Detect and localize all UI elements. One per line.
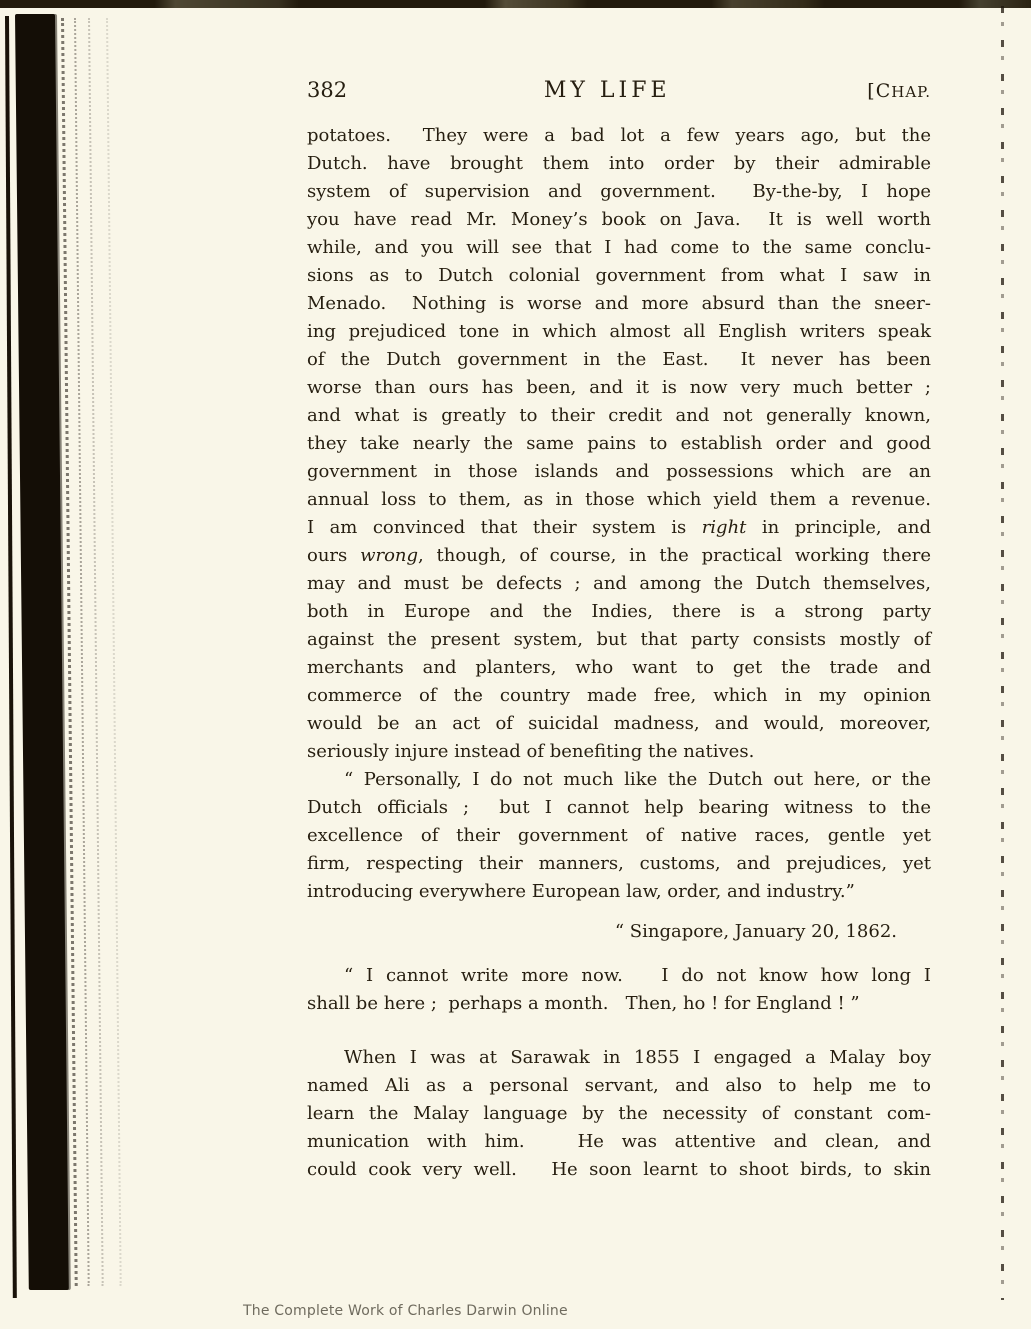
scan-edge-right — [1001, 6, 1004, 1300]
text-line: against the present system, but that par… — [307, 626, 931, 654]
scan-speckle-strip — [106, 18, 122, 1286]
page-number: 382 — [307, 76, 347, 104]
paragraph-sarawak: When I was at Sarawak in 1855 I engaged … — [307, 1044, 931, 1184]
text-line: ing prejudiced tone in which almost all … — [307, 318, 931, 346]
chapter-marker-cap: [C — [867, 80, 891, 102]
text-line: system of supervision and government. By… — [307, 178, 931, 206]
text-line: you have read Mr. Money’s book on Java. … — [307, 206, 931, 234]
text-line: while, and you will see that I had come … — [307, 234, 931, 262]
text-line: firm, respecting their manners, customs,… — [307, 850, 931, 878]
scan-speckle-strip — [74, 18, 90, 1286]
text-line: ours wrong, though, of course, in the pr… — [307, 542, 931, 570]
text-line: shall be here ; perhaps a month. Then, h… — [307, 990, 931, 1018]
text-line: sions as to Dutch colonial government fr… — [307, 262, 931, 290]
scanned-book-page: 382 MY LIFE [CHAP. potatoes. They were a… — [0, 0, 1031, 1329]
running-title: MY LIFE — [544, 77, 671, 105]
text-line: introducing everywhere European law, ord… — [307, 878, 931, 906]
text-line: would be an act of suicidal madness, and… — [307, 710, 931, 738]
text-line: learn the Malay language by the necessit… — [307, 1100, 931, 1128]
scan-speckle-strip — [88, 18, 104, 1286]
text-line: they take nearly the same pains to estab… — [307, 430, 931, 458]
text-line: of the Dutch government in the East. It … — [307, 346, 931, 374]
text-segment: in principle, and — [746, 517, 931, 538]
text-line: annual loss to them, as in those which y… — [307, 486, 931, 514]
text-line: worse than ours has been, and it is now … — [307, 374, 931, 402]
text-line: Dutch officials ; but I cannot help bear… — [307, 794, 931, 822]
paragraph-quote-cannot-write: “ I cannot write more now. I do not know… — [307, 962, 931, 1018]
text-line: commerce of the country made free, which… — [307, 682, 931, 710]
text-line: may and must be defects ; and among the … — [307, 570, 931, 598]
letter-dateline: “ Singapore, January 20, 1862. — [307, 918, 931, 946]
italic-text: wrong — [360, 545, 418, 566]
paragraph-letter-continuation: potatoes. They were a bad lot a few year… — [307, 122, 931, 766]
text-line: named Ali as a personal servant, and als… — [307, 1072, 931, 1100]
page-header: 382 MY LIFE [CHAP. — [307, 76, 931, 106]
text-line: Menado. Nothing is worse and more absurd… — [307, 290, 931, 318]
text-line: I am convinced that their system is righ… — [307, 514, 931, 542]
text-line: When I was at Sarawak in 1855 I engaged … — [307, 1044, 931, 1072]
scan-edge-top — [0, 0, 1031, 8]
scan-gutter-shadow — [15, 14, 69, 1290]
text-line: both in Europe and the Indies, there is … — [307, 598, 931, 626]
text-line: “ I cannot write more now. I do not know… — [307, 962, 931, 990]
page-content: 382 MY LIFE [CHAP. potatoes. They were a… — [307, 76, 931, 1184]
chapter-marker: [CHAP. — [867, 77, 931, 106]
scan-gutter-line — [5, 16, 17, 1298]
text-segment: I am convinced that their system is — [307, 517, 702, 538]
text-line: potatoes. They were a bad lot a few year… — [307, 122, 931, 150]
text-line: excellence of their government of native… — [307, 822, 931, 850]
text-line: merchants and planters, who want to get … — [307, 654, 931, 682]
text-line: government in those islands and possessi… — [307, 458, 931, 486]
chapter-marker-smallcaps: HAP. — [891, 83, 931, 101]
text-segment: , though, of course, in the practical wo… — [418, 545, 931, 566]
text-line: munication with him. He was attentive an… — [307, 1128, 931, 1156]
text-segment: ours — [307, 545, 360, 566]
text-line: Dutch. have brought them into order by t… — [307, 150, 931, 178]
text-line: and what is greatly to their credit and … — [307, 402, 931, 430]
italic-text: right — [702, 517, 747, 538]
text-line: seriously injure instead of benefiting t… — [307, 738, 931, 766]
text-line: “ Personally, I do not much like the Dut… — [307, 766, 931, 794]
paragraph-quote-personally: “ Personally, I do not much like the Dut… — [307, 766, 931, 906]
footer-credit: The Complete Work of Charles Darwin Onli… — [243, 1303, 568, 1319]
text-line: could cook very well. He soon learnt to … — [307, 1156, 931, 1184]
